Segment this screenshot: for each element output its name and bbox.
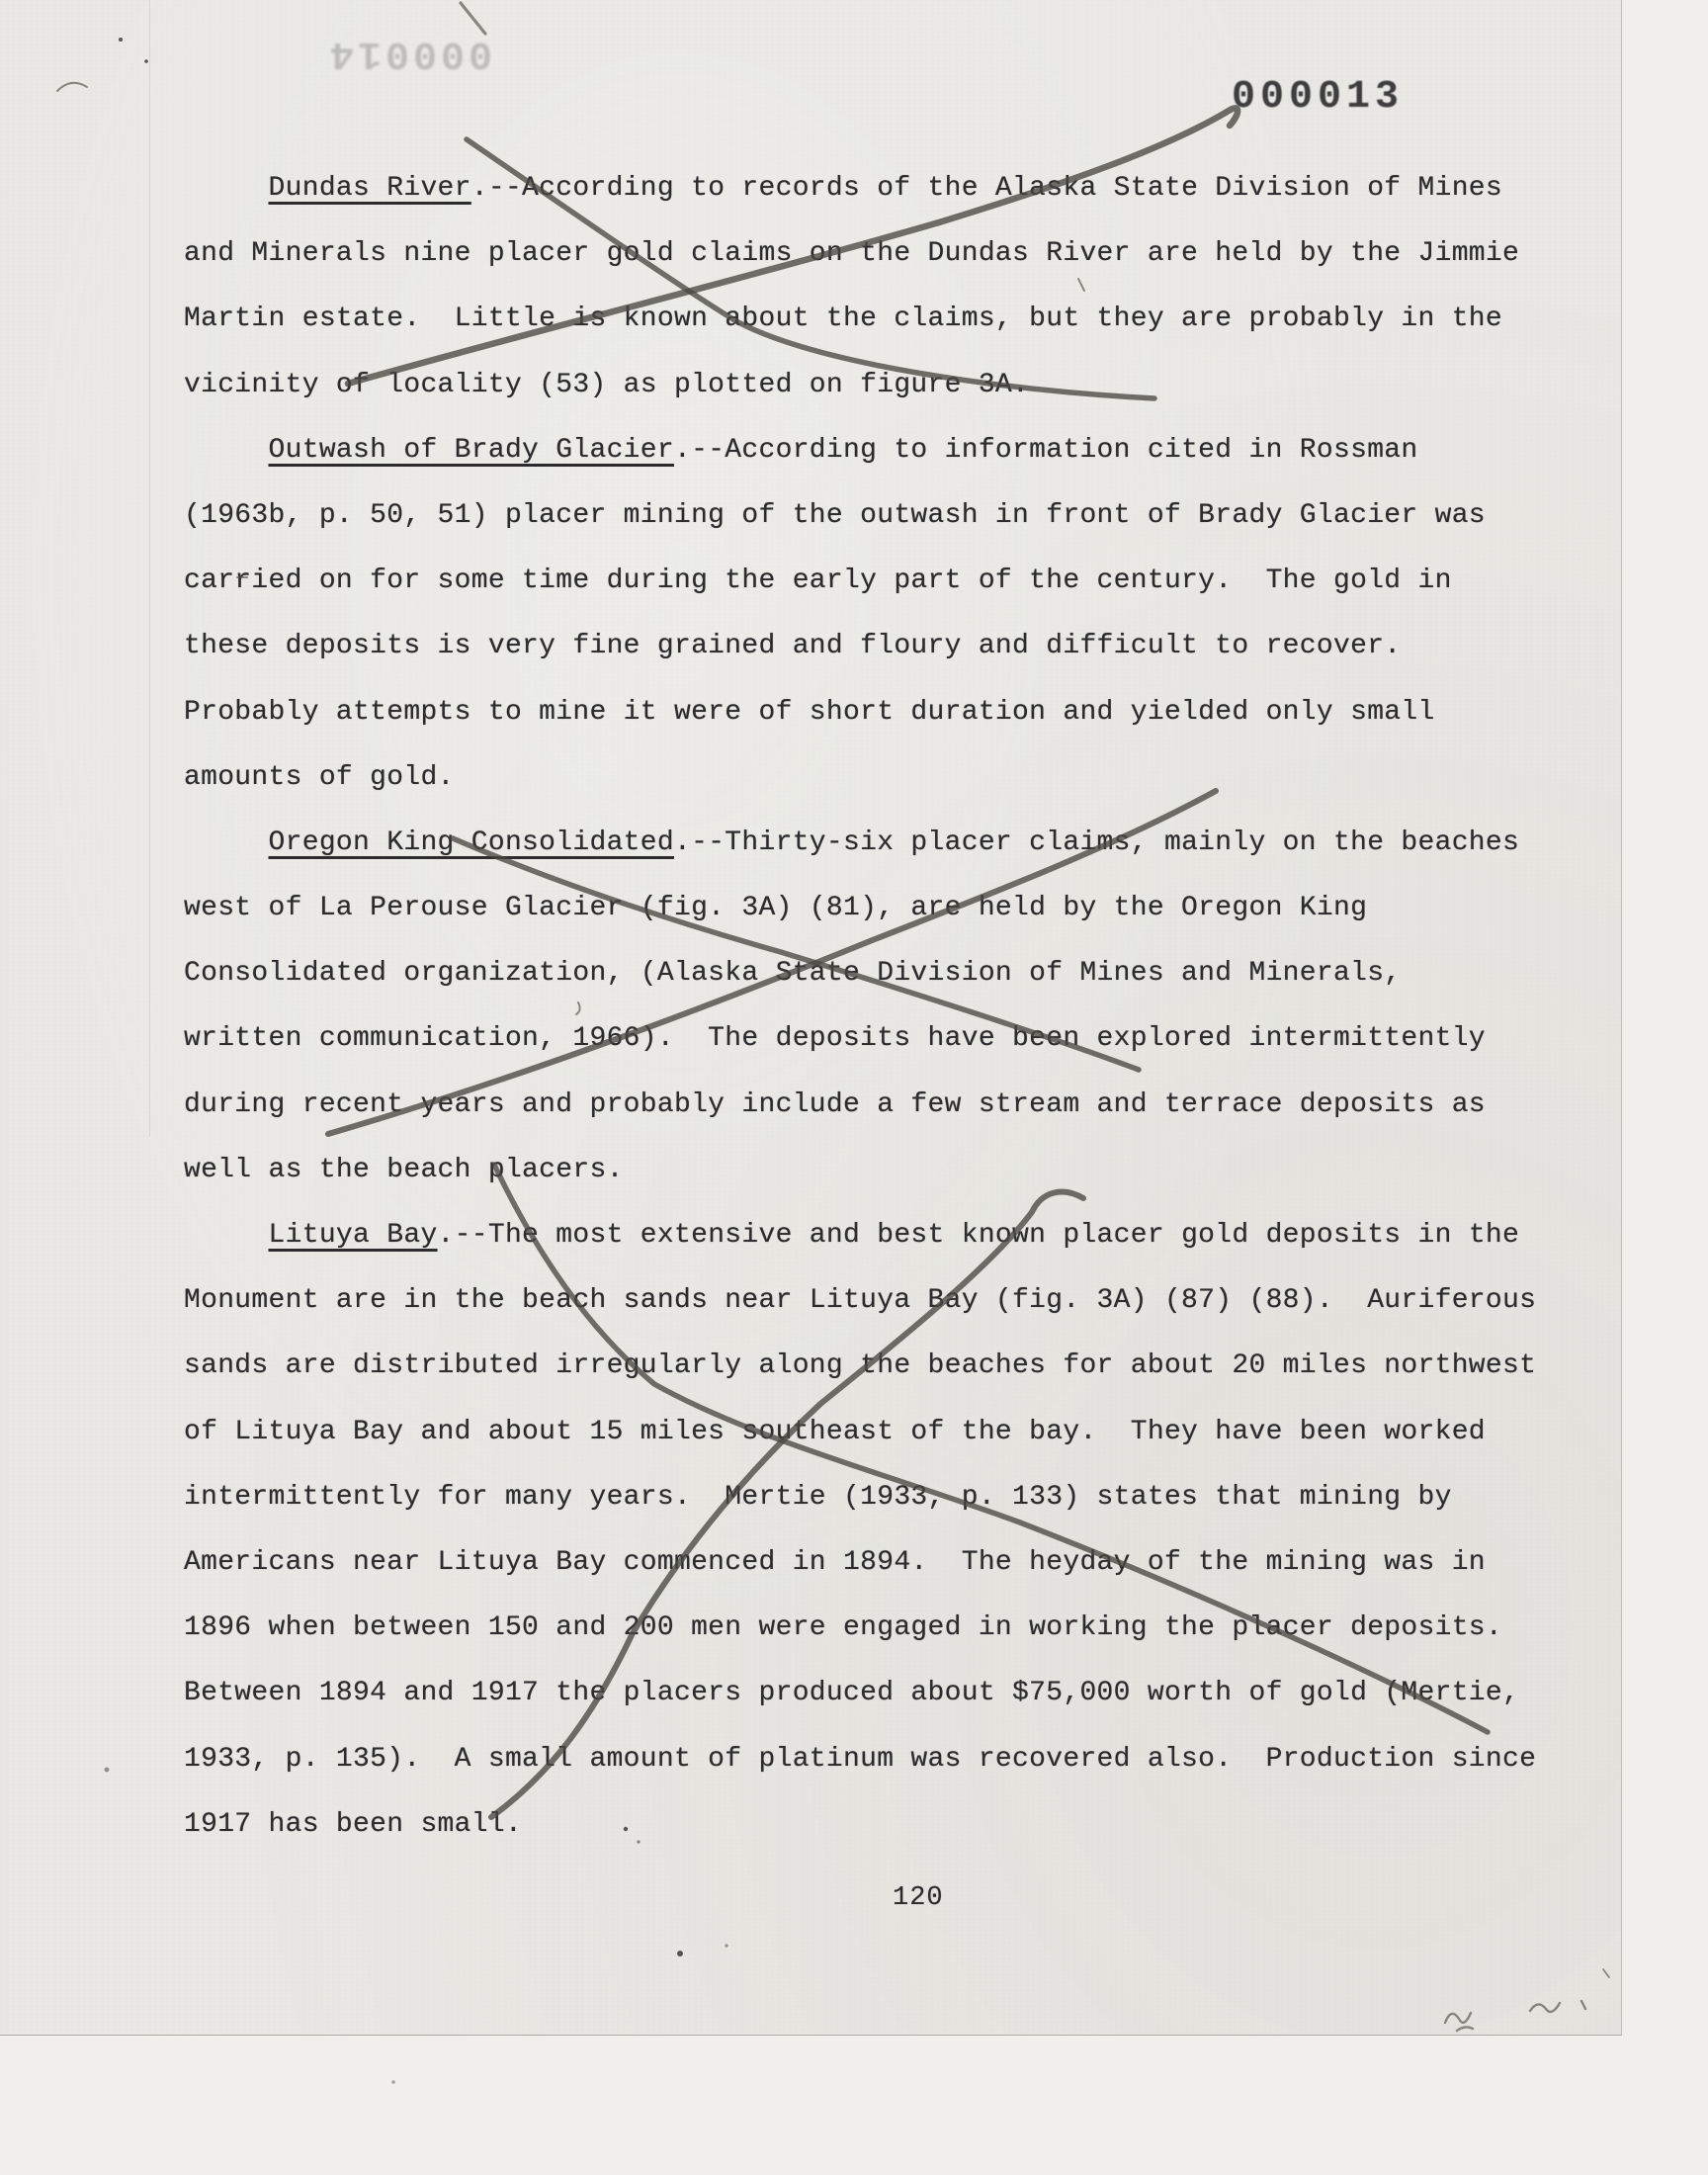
page-number: 120 bbox=[893, 1883, 944, 1913]
text-line: Consolidated organization, (Alaska State… bbox=[184, 941, 1587, 1006]
text-line: west of La Perouse Glacier (fig. 3A) (81… bbox=[184, 876, 1587, 941]
text-line: well as the beach placers. bbox=[184, 1138, 1587, 1203]
text-line: sands are distributed irregularly along … bbox=[184, 1334, 1587, 1399]
text-line: (1963b, p. 50, 51) placer mining of the … bbox=[184, 483, 1587, 549]
typewritten-text: Dundas River.--According to records of t… bbox=[184, 156, 1587, 1858]
section-heading: Lituya Bay bbox=[269, 1220, 438, 1251]
text-line: Probably attempts to mine it were of sho… bbox=[184, 680, 1587, 745]
text-line: these deposits is very fine grained and … bbox=[184, 614, 1587, 679]
scanned-document-screenshot: { "page": { "stamp_top_right": "000013",… bbox=[0, 0, 1708, 2175]
text-line: written communication, 1966). The deposi… bbox=[184, 1006, 1587, 1072]
section-heading: Dundas River bbox=[269, 173, 471, 204]
text-line: during recent years and probably include… bbox=[184, 1073, 1587, 1138]
scanned-page: 000014 000013 Dundas River.--According t… bbox=[0, 0, 1622, 2036]
text-line: Dundas River.--According to records of t… bbox=[184, 156, 1587, 221]
text-line: Lituya Bay.--The most extensive and best… bbox=[184, 1203, 1587, 1268]
document-number-stamp: 000013 bbox=[1232, 75, 1404, 120]
text-line: intermittently for many years. Mertie (1… bbox=[184, 1465, 1587, 1530]
text-line: and Minerals nine placer gold claims on … bbox=[184, 221, 1587, 287]
text-line: of Lituya Bay and about 15 miles southea… bbox=[184, 1400, 1587, 1465]
text-line: 1933, p. 135). A small amount of platinu… bbox=[184, 1727, 1587, 1792]
text-line: vicinity of locality (53) as plotted on … bbox=[184, 353, 1587, 418]
paper-fold-line bbox=[149, 0, 150, 1137]
text-line: Martin estate. Little is known about the… bbox=[184, 287, 1587, 352]
text-line: Americans near Lituya Bay commenced in 1… bbox=[184, 1530, 1587, 1596]
text-line: amounts of gold. bbox=[184, 745, 1587, 811]
section-heading: Outwash of Brady Glacier bbox=[269, 435, 674, 466]
bleed-through-stamp: 000014 bbox=[295, 24, 492, 75]
text-line: Oregon King Consolidated.--Thirty-six pl… bbox=[184, 811, 1587, 876]
text-line: 1917 has been small. bbox=[184, 1792, 1587, 1858]
text-line: carried on for some time during the earl… bbox=[184, 549, 1587, 614]
text-line: Outwash of Brady Glacier.--According to … bbox=[184, 418, 1587, 483]
section-heading: Oregon King Consolidated bbox=[269, 827, 674, 858]
text-line: 1896 when between 150 and 200 men were e… bbox=[184, 1596, 1587, 1661]
text-line: Between 1894 and 1917 the placers produc… bbox=[184, 1661, 1587, 1726]
text-line: Monument are in the beach sands near Lit… bbox=[184, 1268, 1587, 1334]
